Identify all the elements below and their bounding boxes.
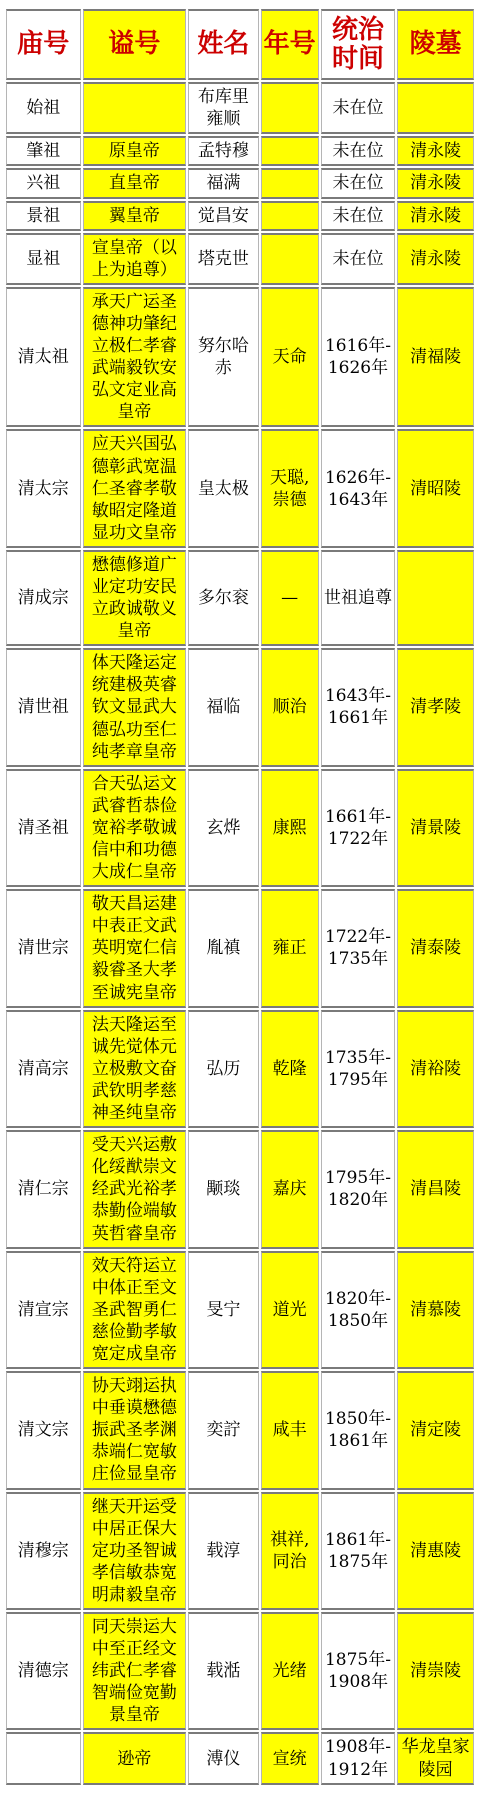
cell-given-name: 布库里雍顺: [188, 82, 258, 134]
cell-temple-name: 始祖: [6, 82, 81, 134]
table-row: 清宣宗 效天符运立中体正至文圣武智勇仁慈俭勤孝敏宽定成皇帝 旻宁 道光 1820…: [6, 1251, 474, 1369]
table-row: 始祖 布库里雍顺 未在位: [6, 82, 474, 134]
cell-mausoleum: 清永陵: [397, 168, 474, 198]
cell-mausoleum: 清昭陵: [397, 429, 474, 547]
cell-mausoleum: 清景陵: [397, 769, 474, 887]
cell-posthumous-name: 体天隆运定统建极英睿钦文显武大德弘功至仁纯孝章皇帝: [83, 648, 187, 766]
cell-given-name: 玄烨: [188, 769, 258, 887]
cell-given-name: 载淳: [188, 1492, 258, 1610]
cell-temple-name: 清德宗: [6, 1612, 81, 1730]
table-row: 清太宗 应天兴国弘德彰武宽温仁圣睿孝敬敏昭定隆道显功文皇帝 皇太极 天聪,崇德 …: [6, 429, 474, 547]
cell-posthumous-name: 直皇帝: [83, 168, 187, 198]
cell-given-name: 福满: [188, 168, 258, 198]
cell-reign-period: 未在位: [321, 82, 396, 134]
cell-temple-name: 清仁宗: [6, 1130, 81, 1248]
cell-posthumous-name: 敬天昌运建中表正文武英明宽仁信毅睿圣大孝至诚宪皇帝: [83, 889, 187, 1007]
cell-posthumous-name: 受天兴运敷化绥猷崇文经武光裕孝恭勤俭端敏英哲睿皇帝: [83, 1130, 187, 1248]
cell-reign-period: 世祖追尊: [321, 550, 396, 646]
table-row: 肇祖 原皇帝 孟特穆 未在位 清永陵: [6, 136, 474, 166]
cell-temple-name: 清成宗: [6, 550, 81, 646]
cell-reign-period: 1661年-1722年: [321, 769, 396, 887]
cell-given-name: 奕詝: [188, 1371, 258, 1489]
cell-posthumous-name: 同天崇运大中至正经文纬武仁孝睿智端俭宽勤景皇帝: [83, 1612, 187, 1730]
cell-era-name: 宣统: [261, 1732, 319, 1784]
cell-posthumous-name: [83, 82, 187, 134]
table-row: 清穆宗 继天开运受中居正保大定功圣智诚孝信敏恭宽明肃毅皇帝 载淳 祺祥,同治 1…: [6, 1492, 474, 1610]
cell-given-name: 觉昌安: [188, 201, 258, 231]
cell-given-name: 努尔哈赤: [188, 287, 258, 428]
cell-mausoleum: 清昌陵: [397, 1130, 474, 1248]
table-row: 清世祖 体天隆运定统建极英睿钦文显武大德弘功至仁纯孝章皇帝 福临 顺治 1643…: [6, 648, 474, 766]
cell-temple-name: 清太宗: [6, 429, 81, 547]
cell-temple-name: 景祖: [6, 201, 81, 231]
cell-reign-period: 1795年-1820年: [321, 1130, 396, 1248]
cell-mausoleum: 清裕陵: [397, 1010, 474, 1128]
cell-reign-period: 1626年-1643年: [321, 429, 396, 547]
cell-mausoleum: [397, 82, 474, 134]
cell-temple-name: 清太祖: [6, 287, 81, 428]
cell-given-name: 皇太极: [188, 429, 258, 547]
cell-era-name: [261, 168, 319, 198]
table-row: 清文宗 协天翊运执中垂谟懋德振武圣孝渊恭端仁宽敏庄俭显皇帝 奕詝 咸丰 1850…: [6, 1371, 474, 1489]
cell-mausoleum: 清福陵: [397, 287, 474, 428]
cell-era-name: —: [261, 550, 319, 646]
cell-mausoleum: 清定陵: [397, 1371, 474, 1489]
table-row: 逊帝 溥仪 宣统 1908年-1912年 华龙皇家陵园: [6, 1732, 474, 1784]
cell-temple-name: 清穆宗: [6, 1492, 81, 1610]
cell-posthumous-name: 合天弘运文武睿哲恭俭宽裕孝敬诚信中和功德大成仁皇帝: [83, 769, 187, 887]
column-header-era-name: 年号: [261, 9, 319, 80]
cell-given-name: 旻宁: [188, 1251, 258, 1369]
cell-given-name: 孟特穆: [188, 136, 258, 166]
column-header-mausoleum: 陵墓: [397, 9, 474, 80]
cell-posthumous-name: 承天广运圣德神功肇纪立极仁孝睿武端毅钦安弘文定业高皇帝: [83, 287, 187, 428]
cell-posthumous-name: 协天翊运执中垂谟懋德振武圣孝渊恭端仁宽敏庄俭显皇帝: [83, 1371, 187, 1489]
cell-temple-name: 清圣祖: [6, 769, 81, 887]
cell-posthumous-name: 翼皇帝: [83, 201, 187, 231]
cell-reign-period: 未在位: [321, 201, 396, 231]
cell-posthumous-name: 应天兴国弘德彰武宽温仁圣睿孝敬敏昭定隆道显功文皇帝: [83, 429, 187, 547]
cell-era-name: 天聪,崇德: [261, 429, 319, 547]
cell-reign-period: 1908年-1912年: [321, 1732, 396, 1784]
cell-reign-period: 未在位: [321, 233, 396, 285]
table-row: 清世宗 敬天昌运建中表正文武英明宽仁信毅睿圣大孝至诚宪皇帝 胤禛 雍正 1722…: [6, 889, 474, 1007]
cell-mausoleum: 华龙皇家陵园: [397, 1732, 474, 1784]
table-row: 兴祖 直皇帝 福满 未在位 清永陵: [6, 168, 474, 198]
table-header: 庙号 谥号 姓名 年号 统治时间 陵墓: [6, 9, 474, 80]
cell-temple-name: [6, 1732, 81, 1784]
column-header-reign-period: 统治时间: [321, 9, 396, 80]
cell-given-name: 颙琰: [188, 1130, 258, 1248]
cell-posthumous-name: 宣皇帝（以上为追尊）: [83, 233, 187, 285]
cell-reign-period: 1735年-1795年: [321, 1010, 396, 1128]
table-row: 清圣祖 合天弘运文武睿哲恭俭宽裕孝敬诚信中和功德大成仁皇帝 玄烨 康熙 1661…: [6, 769, 474, 887]
cell-reign-period: 1722年-1735年: [321, 889, 396, 1007]
cell-reign-period: 1643年-1661年: [321, 648, 396, 766]
table-body: 始祖 布库里雍顺 未在位 肇祖 原皇帝 孟特穆 未在位 清永陵 兴祖 直皇帝 福…: [6, 82, 474, 1784]
cell-era-name: 康熙: [261, 769, 319, 887]
cell-given-name: 多尔衮: [188, 550, 258, 646]
cell-era-name: 乾隆: [261, 1010, 319, 1128]
table-row: 清成宗 懋德修道广业定功安民立政诚敬义皇帝 多尔衮 — 世祖追尊: [6, 550, 474, 646]
cell-reign-period: 1820年-1850年: [321, 1251, 396, 1369]
cell-posthumous-name: 法天隆运至诚先觉体元立极敷文奋武钦明孝慈神圣纯皇帝: [83, 1010, 187, 1128]
cell-posthumous-name: 效天符运立中体正至文圣武智勇仁慈俭勤孝敏宽定成皇帝: [83, 1251, 187, 1369]
cell-given-name: 弘历: [188, 1010, 258, 1128]
cell-given-name: 载湉: [188, 1612, 258, 1730]
cell-posthumous-name: 继天开运受中居正保大定功圣智诚孝信敏恭宽明肃毅皇帝: [83, 1492, 187, 1610]
page: 庙号 谥号 姓名 年号 统治时间 陵墓 始祖 布库里雍顺 未在位 肇祖 原皇帝 …: [0, 0, 480, 1795]
cell-reign-period: 1861年-1875年: [321, 1492, 396, 1610]
cell-posthumous-name: 懋德修道广业定功安民立政诚敬义皇帝: [83, 550, 187, 646]
cell-given-name: 胤禛: [188, 889, 258, 1007]
cell-given-name: 福临: [188, 648, 258, 766]
cell-era-name: 天命: [261, 287, 319, 428]
cell-temple-name: 清高宗: [6, 1010, 81, 1128]
cell-temple-name: 清世祖: [6, 648, 81, 766]
cell-temple-name: 肇祖: [6, 136, 81, 166]
table-row: 景祖 翼皇帝 觉昌安 未在位 清永陵: [6, 201, 474, 231]
cell-era-name: 嘉庆: [261, 1130, 319, 1248]
cell-given-name: 塔克世: [188, 233, 258, 285]
cell-mausoleum: 清泰陵: [397, 889, 474, 1007]
cell-era-name: 雍正: [261, 889, 319, 1007]
table-row: 清高宗 法天隆运至诚先觉体元立极敷文奋武钦明孝慈神圣纯皇帝 弘历 乾隆 1735…: [6, 1010, 474, 1128]
cell-mausoleum: 清永陵: [397, 233, 474, 285]
cell-era-name: 道光: [261, 1251, 319, 1369]
cell-posthumous-name: 原皇帝: [83, 136, 187, 166]
table-row: 清仁宗 受天兴运敷化绥猷崇文经武光裕孝恭勤俭端敏英哲睿皇帝 颙琰 嘉庆 1795…: [6, 1130, 474, 1248]
cell-posthumous-name: 逊帝: [83, 1732, 187, 1784]
cell-era-name: 祺祥,同治: [261, 1492, 319, 1610]
cell-temple-name: 清文宗: [6, 1371, 81, 1489]
cell-era-name: [261, 201, 319, 231]
cell-reign-period: 未在位: [321, 168, 396, 198]
cell-mausoleum: 清慕陵: [397, 1251, 474, 1369]
cell-era-name: 光绪: [261, 1612, 319, 1730]
cell-mausoleum: 清崇陵: [397, 1612, 474, 1730]
cell-reign-period: 1616年-1626年: [321, 287, 396, 428]
qing-emperors-table: 庙号 谥号 姓名 年号 统治时间 陵墓 始祖 布库里雍顺 未在位 肇祖 原皇帝 …: [4, 7, 476, 1787]
cell-era-name: 咸丰: [261, 1371, 319, 1489]
cell-era-name: [261, 136, 319, 166]
cell-reign-period: 1850年-1861年: [321, 1371, 396, 1489]
cell-given-name: 溥仪: [188, 1732, 258, 1784]
header-row: 庙号 谥号 姓名 年号 统治时间 陵墓: [6, 9, 474, 80]
cell-era-name: [261, 233, 319, 285]
cell-temple-name: 显祖: [6, 233, 81, 285]
table-row: 清太祖 承天广运圣德神功肇纪立极仁孝睿武端毅钦安弘文定业高皇帝 努尔哈赤 天命 …: [6, 287, 474, 428]
column-header-posthumous-name: 谥号: [83, 9, 187, 80]
cell-reign-period: 未在位: [321, 136, 396, 166]
column-header-given-name: 姓名: [188, 9, 258, 80]
cell-mausoleum: 清惠陵: [397, 1492, 474, 1610]
cell-mausoleum: 清孝陵: [397, 648, 474, 766]
cell-mausoleum: 清永陵: [397, 201, 474, 231]
cell-temple-name: 清世宗: [6, 889, 81, 1007]
cell-temple-name: 兴祖: [6, 168, 81, 198]
cell-era-name: [261, 82, 319, 134]
table-row: 显祖 宣皇帝（以上为追尊） 塔克世 未在位 清永陵: [6, 233, 474, 285]
cell-temple-name: 清宣宗: [6, 1251, 81, 1369]
column-header-temple-name: 庙号: [6, 9, 81, 80]
cell-mausoleum: 清永陵: [397, 136, 474, 166]
cell-reign-period: 1875年-1908年: [321, 1612, 396, 1730]
table-row: 清德宗 同天崇运大中至正经文纬武仁孝睿智端俭宽勤景皇帝 载湉 光绪 1875年-…: [6, 1612, 474, 1730]
cell-mausoleum: [397, 550, 474, 646]
cell-era-name: 顺治: [261, 648, 319, 766]
